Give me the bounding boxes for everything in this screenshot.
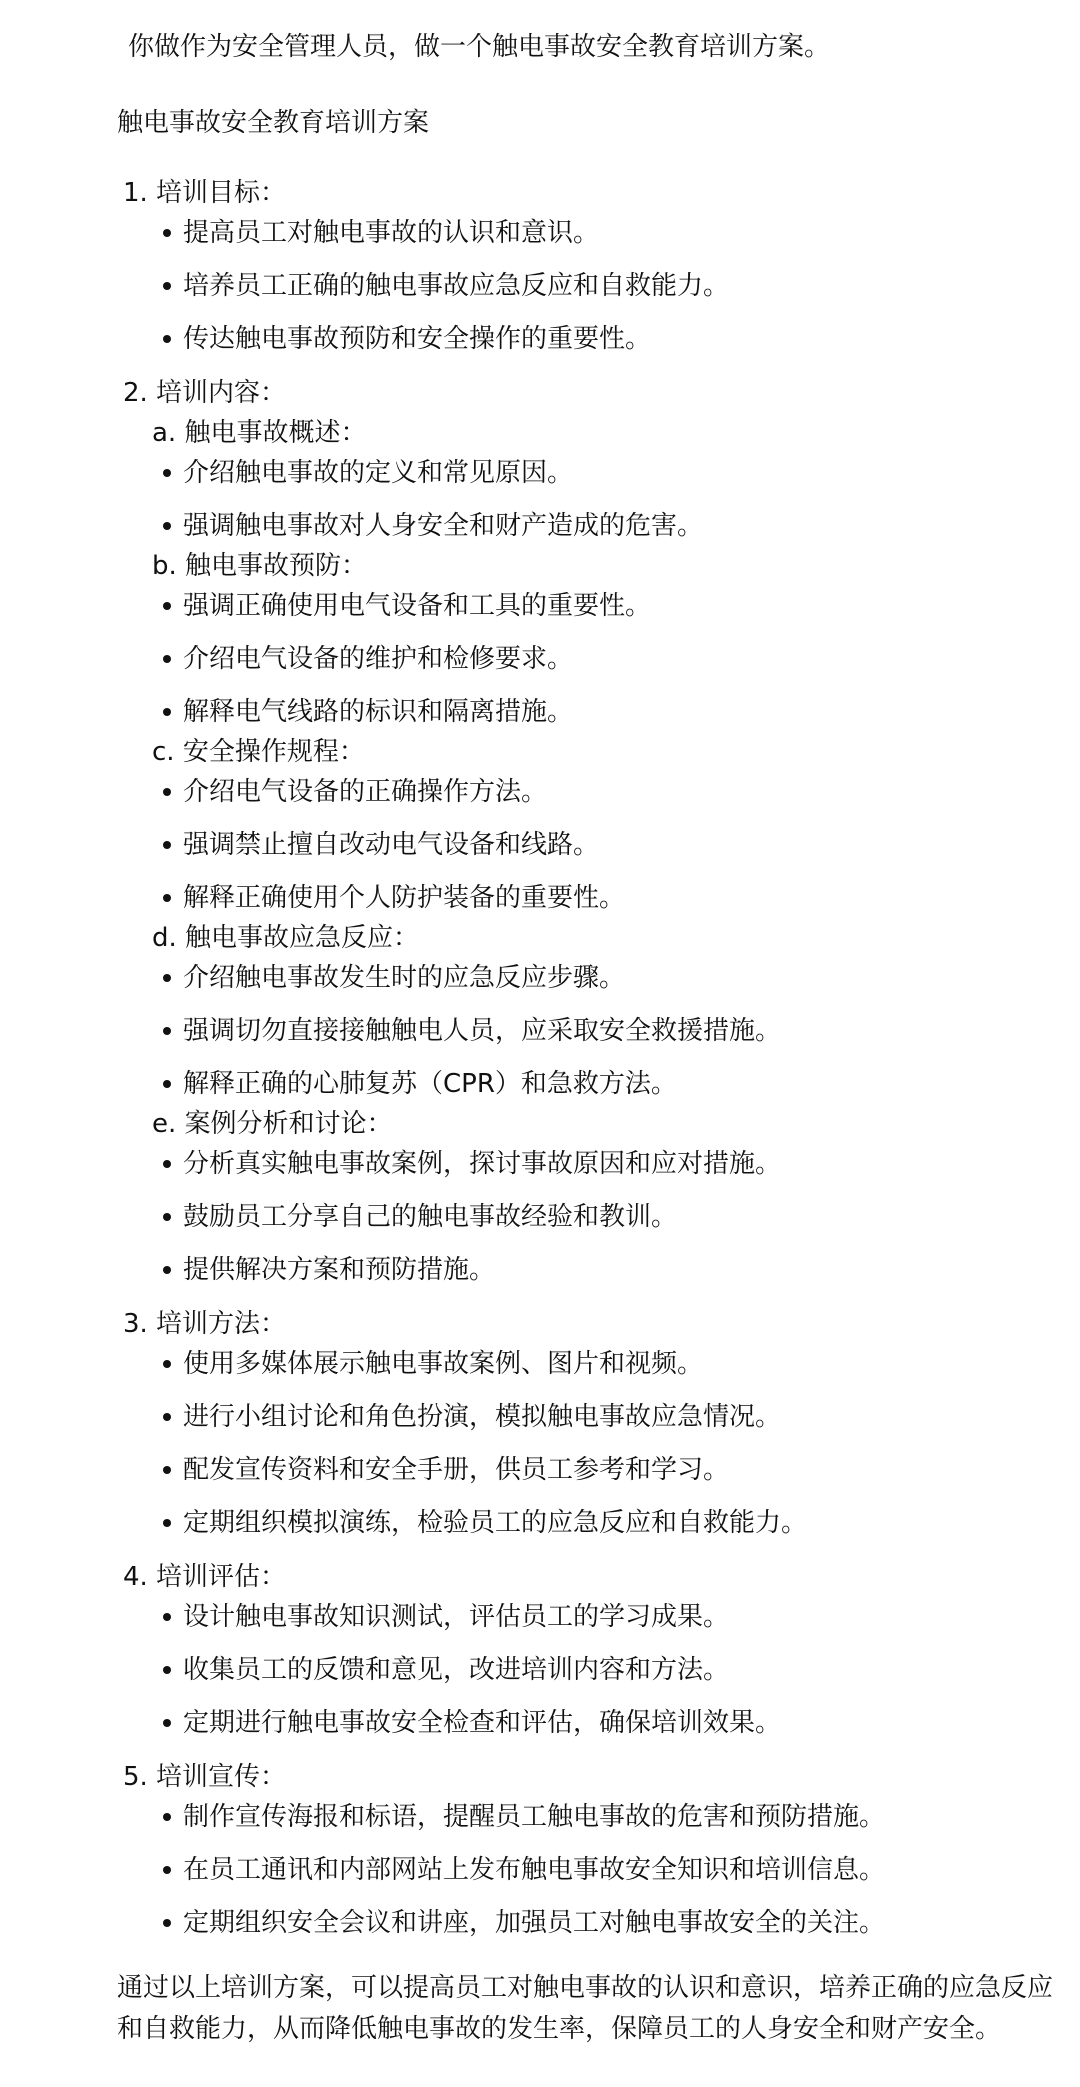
bullet-icon <box>163 1813 171 1821</box>
bullet-icon <box>163 894 171 902</box>
bullet-icon <box>163 1866 171 1874</box>
subsection-label: a. 触电事故概述： <box>117 413 1080 453</box>
bullet-icon <box>163 1919 171 1927</box>
bullet-icon <box>163 522 171 530</box>
bullet-icon <box>163 469 171 477</box>
list-item-text: 制作宣传海报和标语，提醒员工触电事故的危害和预防措施。 <box>183 1802 885 1832</box>
bullet-icon <box>163 335 171 343</box>
bullet-icon <box>163 1613 171 1621</box>
list-item-text: 解释正确使用个人防护装备的重要性。 <box>183 883 625 913</box>
list-item-text: 介绍电气设备的维护和检修要求。 <box>183 644 573 674</box>
list-item: 介绍电气设备的维护和检修要求。 <box>117 639 1080 679</box>
list-item-text: 进行小组讨论和角色扮演，模拟触电事故应急情况。 <box>183 1402 781 1432</box>
subsection-label: e. 案例分析和讨论： <box>117 1104 1080 1144</box>
section-training-methods: 3.培训方法： 使用多媒体展示触电事故案例、图片和视频。 进行小组讨论和角色扮演… <box>117 1304 1080 1543</box>
list-item: 提供解决方案和预防措施。 <box>117 1250 1080 1290</box>
bullet-icon <box>163 1360 171 1368</box>
bullet-icon <box>163 1213 171 1221</box>
list-item: 设计触电事故知识测试，评估员工的学习成果。 <box>117 1597 1080 1637</box>
list-item-text: 解释正确的心肺复苏（CPR）和急救方法。 <box>183 1069 677 1099</box>
section-number: 2. <box>117 373 156 413</box>
list-item: 强调禁止擅自改动电气设备和线路。 <box>117 825 1080 865</box>
list-item-text: 定期组织安全会议和讲座，加强员工对触电事故安全的关注。 <box>183 1908 885 1938</box>
bullet-icon <box>163 1080 171 1088</box>
bullet-icon <box>163 229 171 237</box>
list-item-text: 定期组织模拟演练，检验员工的应急反应和自救能力。 <box>183 1508 807 1538</box>
list-item: 解释正确使用个人防护装备的重要性。 <box>117 878 1080 918</box>
list-item: 介绍触电事故发生时的应急反应步骤。 <box>117 958 1080 998</box>
list-item: 分析真实触电事故案例，探讨事故原因和应对措施。 <box>117 1144 1080 1184</box>
list-item: 强调切勿直接接触触电人员，应采取安全救援措施。 <box>117 1011 1080 1051</box>
list-item-text: 分析真实触电事故案例，探讨事故原因和应对措施。 <box>183 1149 781 1179</box>
list-item-text: 强调正确使用电气设备和工具的重要性。 <box>183 591 651 621</box>
section-title: 培训评估： <box>156 1562 286 1592</box>
bullet-icon <box>163 1666 171 1674</box>
bullet-icon <box>163 1160 171 1168</box>
list-item: 培养员工正确的触电事故应急反应和自救能力。 <box>117 266 1080 306</box>
section-title: 培训内容： <box>156 378 286 408</box>
list-item: 解释正确的心肺复苏（CPR）和急救方法。 <box>117 1064 1080 1104</box>
list-item-text: 介绍电气设备的正确操作方法。 <box>183 777 547 807</box>
list-item: 定期组织安全会议和讲座，加强员工对触电事故安全的关注。 <box>117 1903 1080 1943</box>
bullet-icon <box>163 655 171 663</box>
list-item-text: 解释电气线路的标识和隔离措施。 <box>183 697 573 727</box>
bullet-icon <box>163 1466 171 1474</box>
list-item-text: 在员工通讯和内部网站上发布触电事故安全知识和培训信息。 <box>183 1855 885 1885</box>
bullet-icon <box>163 1413 171 1421</box>
list-item-text: 提供解决方案和预防措施。 <box>183 1255 495 1285</box>
list-item-text: 介绍触电事故发生时的应急反应步骤。 <box>183 963 625 993</box>
bullet-icon <box>163 841 171 849</box>
section-training-evaluation: 4.培训评估： 设计触电事故知识测试，评估员工的学习成果。 收集员工的反馈和意见… <box>117 1557 1080 1743</box>
list-item-text: 传达触电事故预防和安全操作的重要性。 <box>183 324 651 354</box>
list-item: 传达触电事故预防和安全操作的重要性。 <box>117 319 1080 359</box>
list-item-text: 介绍触电事故的定义和常见原因。 <box>183 458 573 488</box>
list-item-text: 定期进行触电事故安全检查和评估，确保培训效果。 <box>183 1708 781 1738</box>
list-item: 在员工通讯和内部网站上发布触电事故安全知识和培训信息。 <box>117 1850 1080 1890</box>
list-item-text: 鼓励员工分享自己的触电事故经验和教训。 <box>183 1202 677 1232</box>
list-item-text: 强调切勿直接接触触电人员，应采取安全救援措施。 <box>183 1016 781 1046</box>
bullet-icon <box>163 1519 171 1527</box>
list-item-text: 使用多媒体展示触电事故案例、图片和视频。 <box>183 1349 703 1379</box>
section-number: 4. <box>117 1557 156 1597</box>
bullet-icon <box>163 1719 171 1727</box>
subsection-label: b. 触电事故预防： <box>117 546 1080 586</box>
section-title: 培训宣传： <box>156 1762 286 1792</box>
list-item: 强调触电事故对人身安全和财产造成的危害。 <box>117 506 1080 546</box>
subsection-label: d. 触电事故应急反应： <box>117 918 1080 958</box>
list-item: 解释电气线路的标识和隔离措施。 <box>117 692 1080 732</box>
list-item-text: 提高员工对触电事故的认识和意识。 <box>183 218 599 248</box>
list-item-text: 强调禁止擅自改动电气设备和线路。 <box>183 830 599 860</box>
document: 你做作为安全管理人员，做一个触电事故安全教育培训方案。 触电事故安全教育培训方案… <box>0 0 1080 2050</box>
section-number: 3. <box>117 1304 156 1344</box>
list-item-text: 强调触电事故对人身安全和财产造成的危害。 <box>183 511 703 541</box>
list-item: 使用多媒体展示触电事故案例、图片和视频。 <box>117 1344 1080 1384</box>
document-heading: 触电事故安全教育培训方案 <box>117 103 1080 143</box>
bullet-icon <box>163 282 171 290</box>
list-item: 定期组织模拟演练，检验员工的应急反应和自救能力。 <box>117 1503 1080 1543</box>
list-item: 提高员工对触电事故的认识和意识。 <box>117 213 1080 253</box>
section-training-content: 2.培训内容： a. 触电事故概述： 介绍触电事故的定义和常见原因。 强调触电事… <box>117 373 1080 1290</box>
list-item-text: 培养员工正确的触电事故应急反应和自救能力。 <box>183 271 729 301</box>
list-item-text: 配发宣传资料和安全手册，供员工参考和学习。 <box>183 1455 729 1485</box>
bullet-icon <box>163 1266 171 1274</box>
section-title: 培训方法： <box>156 1309 286 1339</box>
list-item: 配发宣传资料和安全手册，供员工参考和学习。 <box>117 1450 1080 1490</box>
list-item: 鼓励员工分享自己的触电事故经验和教训。 <box>117 1197 1080 1237</box>
list-item: 定期进行触电事故安全检查和评估，确保培训效果。 <box>117 1703 1080 1743</box>
bullet-icon <box>163 788 171 796</box>
bullet-icon <box>163 1027 171 1035</box>
section-number: 5. <box>117 1757 156 1797</box>
section-training-promotion: 5.培训宣传： 制作宣传海报和标语，提醒员工触电事故的危害和预防措施。 在员工通… <box>117 1757 1080 1943</box>
section-number: 1. <box>117 173 156 213</box>
list-item: 制作宣传海报和标语，提醒员工触电事故的危害和预防措施。 <box>117 1797 1080 1837</box>
section-title: 培训目标： <box>156 178 286 208</box>
sections-list: 1.培训目标： 提高员工对触电事故的认识和意识。 培养员工正确的触电事故应急反应… <box>117 173 1080 1943</box>
bullet-icon <box>163 602 171 610</box>
list-item: 进行小组讨论和角色扮演，模拟触电事故应急情况。 <box>117 1397 1080 1437</box>
conclusion-paragraph: 通过以上培训方案，可以提高员工对触电事故的认识和意识，培养正确的应急反应和自救能… <box>117 1968 1057 2050</box>
bullet-icon <box>163 974 171 982</box>
bullet-icon <box>163 708 171 716</box>
list-item-text: 收集员工的反馈和意见，改进培训内容和方法。 <box>183 1655 729 1685</box>
section-training-goals: 1.培训目标： 提高员工对触电事故的认识和意识。 培养员工正确的触电事故应急反应… <box>117 173 1080 359</box>
list-item: 收集员工的反馈和意见，改进培训内容和方法。 <box>117 1650 1080 1690</box>
list-item: 介绍电气设备的正确操作方法。 <box>117 772 1080 812</box>
list-item-text: 设计触电事故知识测试，评估员工的学习成果。 <box>183 1602 729 1632</box>
list-item: 介绍触电事故的定义和常见原因。 <box>117 453 1080 493</box>
subsection-label: c. 安全操作规程： <box>117 732 1080 772</box>
user-prompt: 你做作为安全管理人员，做一个触电事故安全教育培训方案。 <box>117 27 1080 67</box>
list-item: 强调正确使用电气设备和工具的重要性。 <box>117 586 1080 626</box>
